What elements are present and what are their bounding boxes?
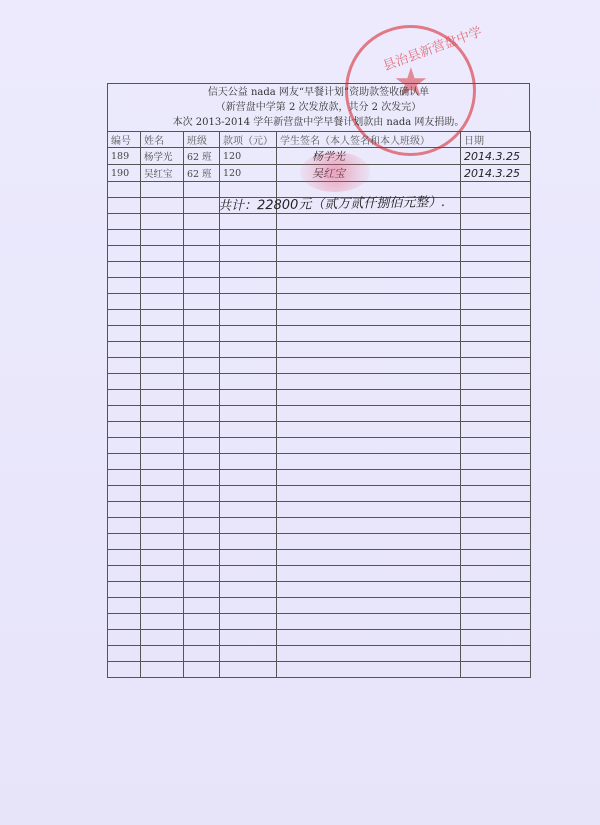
cell-empty bbox=[220, 262, 277, 278]
cell-empty bbox=[277, 294, 461, 310]
table-row-empty bbox=[108, 326, 531, 342]
cell-empty bbox=[277, 518, 461, 534]
cell-class: 62 班 bbox=[184, 165, 220, 182]
cell-empty bbox=[461, 246, 531, 262]
cell-empty bbox=[108, 518, 141, 534]
table-row-empty bbox=[108, 502, 531, 518]
cell-empty bbox=[141, 406, 184, 422]
table-row-empty bbox=[108, 518, 531, 534]
cell-empty bbox=[220, 294, 277, 310]
title-line-3: 本次 2013-2014 学年新营盘中学早餐计划款由 nada 网友捐助。 bbox=[108, 115, 529, 130]
cell-empty bbox=[108, 454, 141, 470]
cell-empty bbox=[277, 214, 461, 230]
cell-empty bbox=[220, 230, 277, 246]
table-row-empty bbox=[108, 582, 531, 598]
cell-empty bbox=[461, 358, 531, 374]
table-row-empty bbox=[108, 630, 531, 646]
table-row-empty bbox=[108, 390, 531, 406]
cell-empty bbox=[141, 438, 184, 454]
cell-empty bbox=[141, 278, 184, 294]
cell-empty bbox=[184, 646, 220, 662]
cell-empty bbox=[277, 230, 461, 246]
cell-empty bbox=[184, 486, 220, 502]
cell-empty bbox=[141, 326, 184, 342]
cell-empty bbox=[184, 662, 220, 678]
cell-empty bbox=[184, 246, 220, 262]
cell-empty bbox=[184, 342, 220, 358]
cell-date: 2014.3.25 bbox=[461, 148, 531, 165]
cell-empty bbox=[108, 470, 141, 486]
cell-empty bbox=[184, 534, 220, 550]
col-header-signature: 学生签名（本人签名和本人班级） bbox=[277, 132, 461, 148]
table-row-empty bbox=[108, 246, 531, 262]
cell-empty bbox=[184, 614, 220, 630]
cell-empty bbox=[461, 198, 531, 214]
table-row-empty bbox=[108, 534, 531, 550]
title-line-2: （新营盘中学第 2 次发放款，共分 2 次发完） bbox=[108, 100, 529, 115]
cell-empty bbox=[184, 390, 220, 406]
cell-empty bbox=[141, 486, 184, 502]
cell-empty bbox=[108, 582, 141, 598]
cell-empty bbox=[141, 550, 184, 566]
cell-empty bbox=[184, 198, 220, 214]
cell-empty bbox=[220, 278, 277, 294]
cell-empty bbox=[277, 662, 461, 678]
cell-empty bbox=[461, 278, 531, 294]
cell-empty bbox=[141, 422, 184, 438]
cell-empty bbox=[141, 582, 184, 598]
cell-id: 189 bbox=[108, 148, 141, 165]
cell-empty bbox=[220, 406, 277, 422]
cell-empty bbox=[141, 294, 184, 310]
cell-empty bbox=[184, 294, 220, 310]
cell-empty bbox=[277, 566, 461, 582]
cell-empty bbox=[184, 182, 220, 198]
cell-empty bbox=[141, 214, 184, 230]
cell-empty bbox=[108, 646, 141, 662]
table-row-empty bbox=[108, 646, 531, 662]
cell-empty bbox=[141, 454, 184, 470]
cell-empty bbox=[184, 502, 220, 518]
cell-empty bbox=[461, 646, 531, 662]
cell-empty bbox=[461, 550, 531, 566]
cell-empty bbox=[108, 566, 141, 582]
cell-empty bbox=[141, 566, 184, 582]
cell-empty bbox=[108, 230, 141, 246]
cell-empty bbox=[461, 390, 531, 406]
cell-empty bbox=[141, 534, 184, 550]
cell-empty bbox=[461, 662, 531, 678]
cell-empty bbox=[108, 598, 141, 614]
cell-empty bbox=[461, 502, 531, 518]
table-row-empty bbox=[108, 294, 531, 310]
cell-amount: 120 bbox=[220, 165, 277, 182]
cell-empty bbox=[220, 374, 277, 390]
table-row-empty bbox=[108, 214, 531, 230]
cell-name: 杨学光 bbox=[141, 148, 184, 165]
cell-empty bbox=[184, 278, 220, 294]
cell-empty bbox=[461, 374, 531, 390]
cell-empty bbox=[141, 390, 184, 406]
cell-empty bbox=[461, 454, 531, 470]
cell-empty bbox=[108, 246, 141, 262]
cell-empty bbox=[277, 502, 461, 518]
cell-empty bbox=[220, 550, 277, 566]
cell-empty bbox=[184, 326, 220, 342]
cell-empty bbox=[461, 470, 531, 486]
cell-empty bbox=[184, 582, 220, 598]
form-title: 信天公益 nada 网友“早餐计划”资助款签收确认单 （新营盘中学第 2 次发放… bbox=[107, 83, 530, 131]
cell-empty bbox=[461, 518, 531, 534]
cell-empty bbox=[461, 182, 531, 198]
cell-empty bbox=[277, 486, 461, 502]
cell-empty bbox=[108, 550, 141, 566]
table-row-empty bbox=[108, 230, 531, 246]
cell-empty bbox=[184, 406, 220, 422]
cell-empty bbox=[220, 630, 277, 646]
cell-empty bbox=[108, 534, 141, 550]
cell-empty bbox=[461, 438, 531, 454]
cell-empty bbox=[220, 390, 277, 406]
cell-empty bbox=[277, 278, 461, 294]
cell-empty bbox=[141, 646, 184, 662]
cell-empty bbox=[108, 310, 141, 326]
cell-empty bbox=[220, 326, 277, 342]
table-row-empty bbox=[108, 310, 531, 326]
table-row-empty bbox=[108, 406, 531, 422]
cell-empty bbox=[220, 342, 277, 358]
cell-empty bbox=[184, 598, 220, 614]
table-row-empty bbox=[108, 374, 531, 390]
cell-empty bbox=[141, 230, 184, 246]
cell-empty bbox=[220, 566, 277, 582]
table-row-empty bbox=[108, 614, 531, 630]
cell-empty bbox=[461, 566, 531, 582]
cell-empty bbox=[277, 422, 461, 438]
cell-empty bbox=[277, 550, 461, 566]
cell-empty bbox=[184, 214, 220, 230]
cell-empty bbox=[277, 374, 461, 390]
cell-empty bbox=[461, 342, 531, 358]
cell-empty bbox=[220, 662, 277, 678]
cell-empty bbox=[277, 342, 461, 358]
cell-empty bbox=[108, 374, 141, 390]
cell-empty bbox=[141, 246, 184, 262]
cell-empty bbox=[277, 582, 461, 598]
cell-empty bbox=[108, 342, 141, 358]
cell-empty bbox=[220, 534, 277, 550]
cell-empty bbox=[277, 358, 461, 374]
cell-empty bbox=[108, 198, 141, 214]
cell-empty bbox=[108, 390, 141, 406]
cell-empty bbox=[220, 438, 277, 454]
cell-empty bbox=[220, 598, 277, 614]
cell-id: 190 bbox=[108, 165, 141, 182]
cell-empty bbox=[184, 550, 220, 566]
cell-empty bbox=[108, 406, 141, 422]
cell-empty bbox=[220, 470, 277, 486]
table-row-empty bbox=[108, 566, 531, 582]
receipt-table: 编号 姓名 班级 款项（元） 学生签名（本人签名和本人班级） 日期 189 杨学… bbox=[107, 131, 531, 678]
table-row-empty bbox=[108, 470, 531, 486]
cell-empty bbox=[277, 262, 461, 278]
cell-empty bbox=[461, 406, 531, 422]
cell-empty bbox=[220, 246, 277, 262]
cell-empty bbox=[108, 294, 141, 310]
cell-empty bbox=[141, 614, 184, 630]
cell-empty bbox=[108, 630, 141, 646]
cell-empty bbox=[277, 438, 461, 454]
cell-empty bbox=[277, 646, 461, 662]
cell-empty bbox=[277, 534, 461, 550]
table-row-empty bbox=[108, 486, 531, 502]
cell-empty bbox=[461, 310, 531, 326]
cell-empty bbox=[220, 518, 277, 534]
cell-empty bbox=[220, 646, 277, 662]
cell-empty bbox=[108, 182, 141, 198]
cell-empty bbox=[184, 358, 220, 374]
cell-empty bbox=[277, 326, 461, 342]
cell-empty bbox=[220, 310, 277, 326]
table-row-empty bbox=[108, 550, 531, 566]
cell-empty bbox=[220, 614, 277, 630]
cell-empty bbox=[184, 438, 220, 454]
cell-empty bbox=[141, 470, 184, 486]
cell-empty bbox=[184, 310, 220, 326]
table-row-empty bbox=[108, 358, 531, 374]
cell-empty bbox=[184, 470, 220, 486]
cell-empty bbox=[141, 358, 184, 374]
table-row-empty bbox=[108, 598, 531, 614]
table-row-empty bbox=[108, 454, 531, 470]
cell-empty bbox=[461, 422, 531, 438]
cell-name: 吴红宝 bbox=[141, 165, 184, 182]
cell-empty bbox=[184, 454, 220, 470]
cell-empty bbox=[461, 486, 531, 502]
table-row-empty bbox=[108, 422, 531, 438]
cell-empty bbox=[184, 630, 220, 646]
col-header-amount: 款项（元） bbox=[220, 132, 277, 148]
cell-empty bbox=[108, 422, 141, 438]
cell-empty bbox=[220, 214, 277, 230]
cell-empty bbox=[277, 390, 461, 406]
cell-empty bbox=[220, 422, 277, 438]
cell-empty bbox=[220, 486, 277, 502]
cell-empty bbox=[461, 534, 531, 550]
cell-empty bbox=[108, 278, 141, 294]
cell-empty bbox=[277, 630, 461, 646]
cell-empty bbox=[141, 310, 184, 326]
cell-empty bbox=[277, 454, 461, 470]
cell-empty bbox=[461, 326, 531, 342]
cell-empty bbox=[108, 486, 141, 502]
cell-empty bbox=[184, 518, 220, 534]
cell-empty bbox=[461, 294, 531, 310]
cell-empty bbox=[277, 598, 461, 614]
table-row-empty bbox=[108, 278, 531, 294]
cell-empty bbox=[461, 262, 531, 278]
cell-amount: 120 bbox=[220, 148, 277, 165]
cell-class: 62 班 bbox=[184, 148, 220, 165]
cell-empty bbox=[108, 502, 141, 518]
cell-empty bbox=[220, 454, 277, 470]
cell-empty bbox=[141, 598, 184, 614]
cell-empty bbox=[141, 518, 184, 534]
col-header-id: 编号 bbox=[108, 132, 141, 148]
cell-empty bbox=[277, 470, 461, 486]
cell-empty bbox=[141, 662, 184, 678]
cell-empty bbox=[108, 662, 141, 678]
cell-empty bbox=[141, 374, 184, 390]
cell-empty bbox=[277, 246, 461, 262]
cell-empty bbox=[141, 262, 184, 278]
cell-empty bbox=[277, 406, 461, 422]
cell-empty bbox=[461, 230, 531, 246]
cell-empty bbox=[184, 422, 220, 438]
cell-empty bbox=[184, 374, 220, 390]
cell-empty bbox=[141, 182, 184, 198]
cell-empty bbox=[277, 614, 461, 630]
cell-empty bbox=[108, 358, 141, 374]
cell-empty bbox=[277, 310, 461, 326]
table-header-row: 编号 姓名 班级 款项（元） 学生签名（本人签名和本人班级） 日期 bbox=[108, 132, 531, 148]
cell-empty bbox=[108, 214, 141, 230]
cell-empty bbox=[108, 262, 141, 278]
cell-empty bbox=[461, 614, 531, 630]
col-header-name: 姓名 bbox=[141, 132, 184, 148]
table-row-empty bbox=[108, 662, 531, 678]
cell-empty bbox=[461, 582, 531, 598]
col-header-date: 日期 bbox=[461, 132, 531, 148]
col-header-class: 班级 bbox=[184, 132, 220, 148]
cell-empty bbox=[141, 198, 184, 214]
cell-empty bbox=[108, 614, 141, 630]
table-row-empty bbox=[108, 438, 531, 454]
table-row-empty bbox=[108, 262, 531, 278]
ink-fingerprint bbox=[300, 152, 370, 192]
cell-empty bbox=[108, 438, 141, 454]
cell-empty bbox=[220, 582, 277, 598]
handwritten-total: 共计：22800元（贰万贰仟捌佰元整）. bbox=[218, 191, 446, 214]
title-line-1: 信天公益 nada 网友“早餐计划”资助款签收确认单 bbox=[108, 85, 529, 100]
cell-empty bbox=[461, 214, 531, 230]
cell-date: 2014.3.25 bbox=[461, 165, 531, 182]
cell-empty bbox=[184, 230, 220, 246]
cell-empty bbox=[184, 262, 220, 278]
cell-empty bbox=[108, 326, 141, 342]
cell-empty bbox=[141, 502, 184, 518]
cell-empty bbox=[184, 566, 220, 582]
scanned-document: 县治县新营盘中学 ★ 信天公益 nada 网友“早餐计划”资助款签收确认单 （新… bbox=[0, 0, 600, 825]
cell-empty bbox=[220, 502, 277, 518]
cell-empty bbox=[461, 598, 531, 614]
cell-empty bbox=[141, 630, 184, 646]
cell-empty bbox=[220, 358, 277, 374]
cell-empty bbox=[141, 342, 184, 358]
table-row-empty bbox=[108, 342, 531, 358]
cell-empty bbox=[461, 630, 531, 646]
